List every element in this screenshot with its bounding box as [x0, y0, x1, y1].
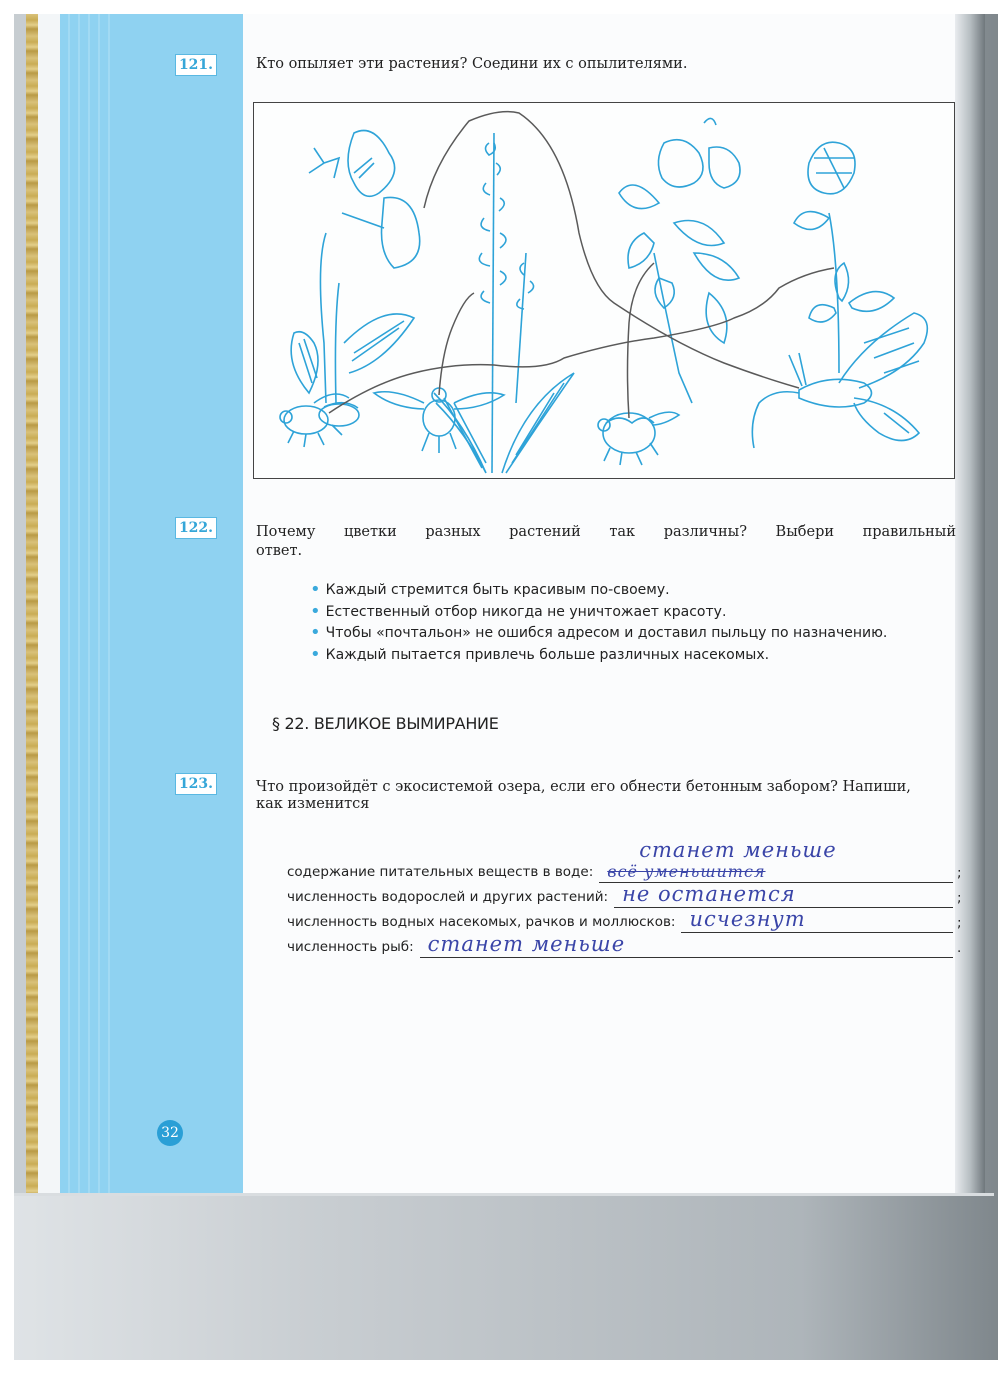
answer-option[interactable]: Естественный отбор никогда не уничтожает…	[310, 601, 887, 623]
answer-label: численность рыб:	[287, 939, 414, 958]
answer-label: численность водорослей и других растений…	[287, 889, 608, 908]
task-number-121: 121.	[175, 54, 217, 76]
answer-row-fish: численность рыб: станет меньше .	[287, 933, 967, 958]
answer-field-algae[interactable]: не останется	[614, 885, 953, 908]
illustration-drawing	[254, 103, 954, 478]
page-bottom-edge	[14, 1193, 994, 1196]
answer-lines: содержание питательных веществ в воде: с…	[287, 858, 967, 958]
blossom-branch-icon	[619, 118, 740, 403]
answer-options-list: Каждый стремится быть красивым по-своему…	[310, 579, 887, 665]
pollination-illustration	[253, 102, 955, 479]
answer-option[interactable]: Чтобы «почтальон» не ошибся адресом и до…	[310, 622, 887, 644]
task-122-prompt-line1: Почему цветки разных растений так различ…	[256, 523, 956, 542]
task-121-prompt: Кто опыляет эти растения? Соедини их с о…	[256, 55, 687, 74]
answer-label: содержание питательных веществ в воде:	[287, 864, 593, 883]
task-number-122: 122.	[175, 517, 217, 539]
answer-field-insects[interactable]: исчезнут	[681, 910, 953, 933]
section-heading: § 22. ВЕЛИКОЕ ВЫМИРАНИЕ	[272, 714, 499, 733]
answer-field-nutrients[interactable]: станет меньше всё уменьшится	[599, 860, 953, 883]
answer-option[interactable]: Каждый стремится быть красивым по-своему…	[310, 579, 887, 601]
answer-row-insects: численность водных насекомых, рачков и м…	[287, 908, 967, 933]
struck-through-answer: всё уменьшится	[607, 862, 765, 881]
punctuation: ;	[957, 865, 967, 883]
punctuation: ;	[957, 915, 967, 933]
task-number-123: 123.	[175, 773, 217, 795]
handwritten-answer: станет меньше	[639, 838, 836, 862]
page-number-badge: 32	[157, 1120, 183, 1146]
book-spine-strip	[14, 14, 26, 1194]
page-edge-shadow	[955, 14, 985, 1194]
bumblebee-icon	[598, 412, 679, 465]
handwritten-answer: не останется	[622, 882, 796, 906]
answer-label: численность водных насекомых, рачков и м…	[287, 914, 675, 933]
punctuation: ;	[957, 890, 967, 908]
answer-field-fish[interactable]: станет меньше	[420, 935, 953, 958]
answer-option[interactable]: Каждый пытается привлечь больше различны…	[310, 644, 887, 666]
task-123-prompt-line2: как изменится	[256, 795, 369, 814]
page-inner-gap	[38, 14, 60, 1194]
book-gold-edge	[26, 14, 38, 1194]
petunia-flower-icon	[291, 131, 420, 404]
answer-row-algae: численность водорослей и других растений…	[287, 883, 967, 908]
hawk-moth-icon	[752, 313, 927, 448]
punctuation: .	[957, 940, 967, 958]
handwritten-answer: станет меньше	[428, 932, 625, 956]
handwritten-answer: исчезнут	[689, 907, 805, 931]
left-blue-margin-solid	[118, 14, 243, 1194]
answer-row-nutrients: содержание питательных веществ в воде: с…	[287, 858, 967, 883]
task-122-prompt-line2: ответ.	[256, 542, 302, 561]
